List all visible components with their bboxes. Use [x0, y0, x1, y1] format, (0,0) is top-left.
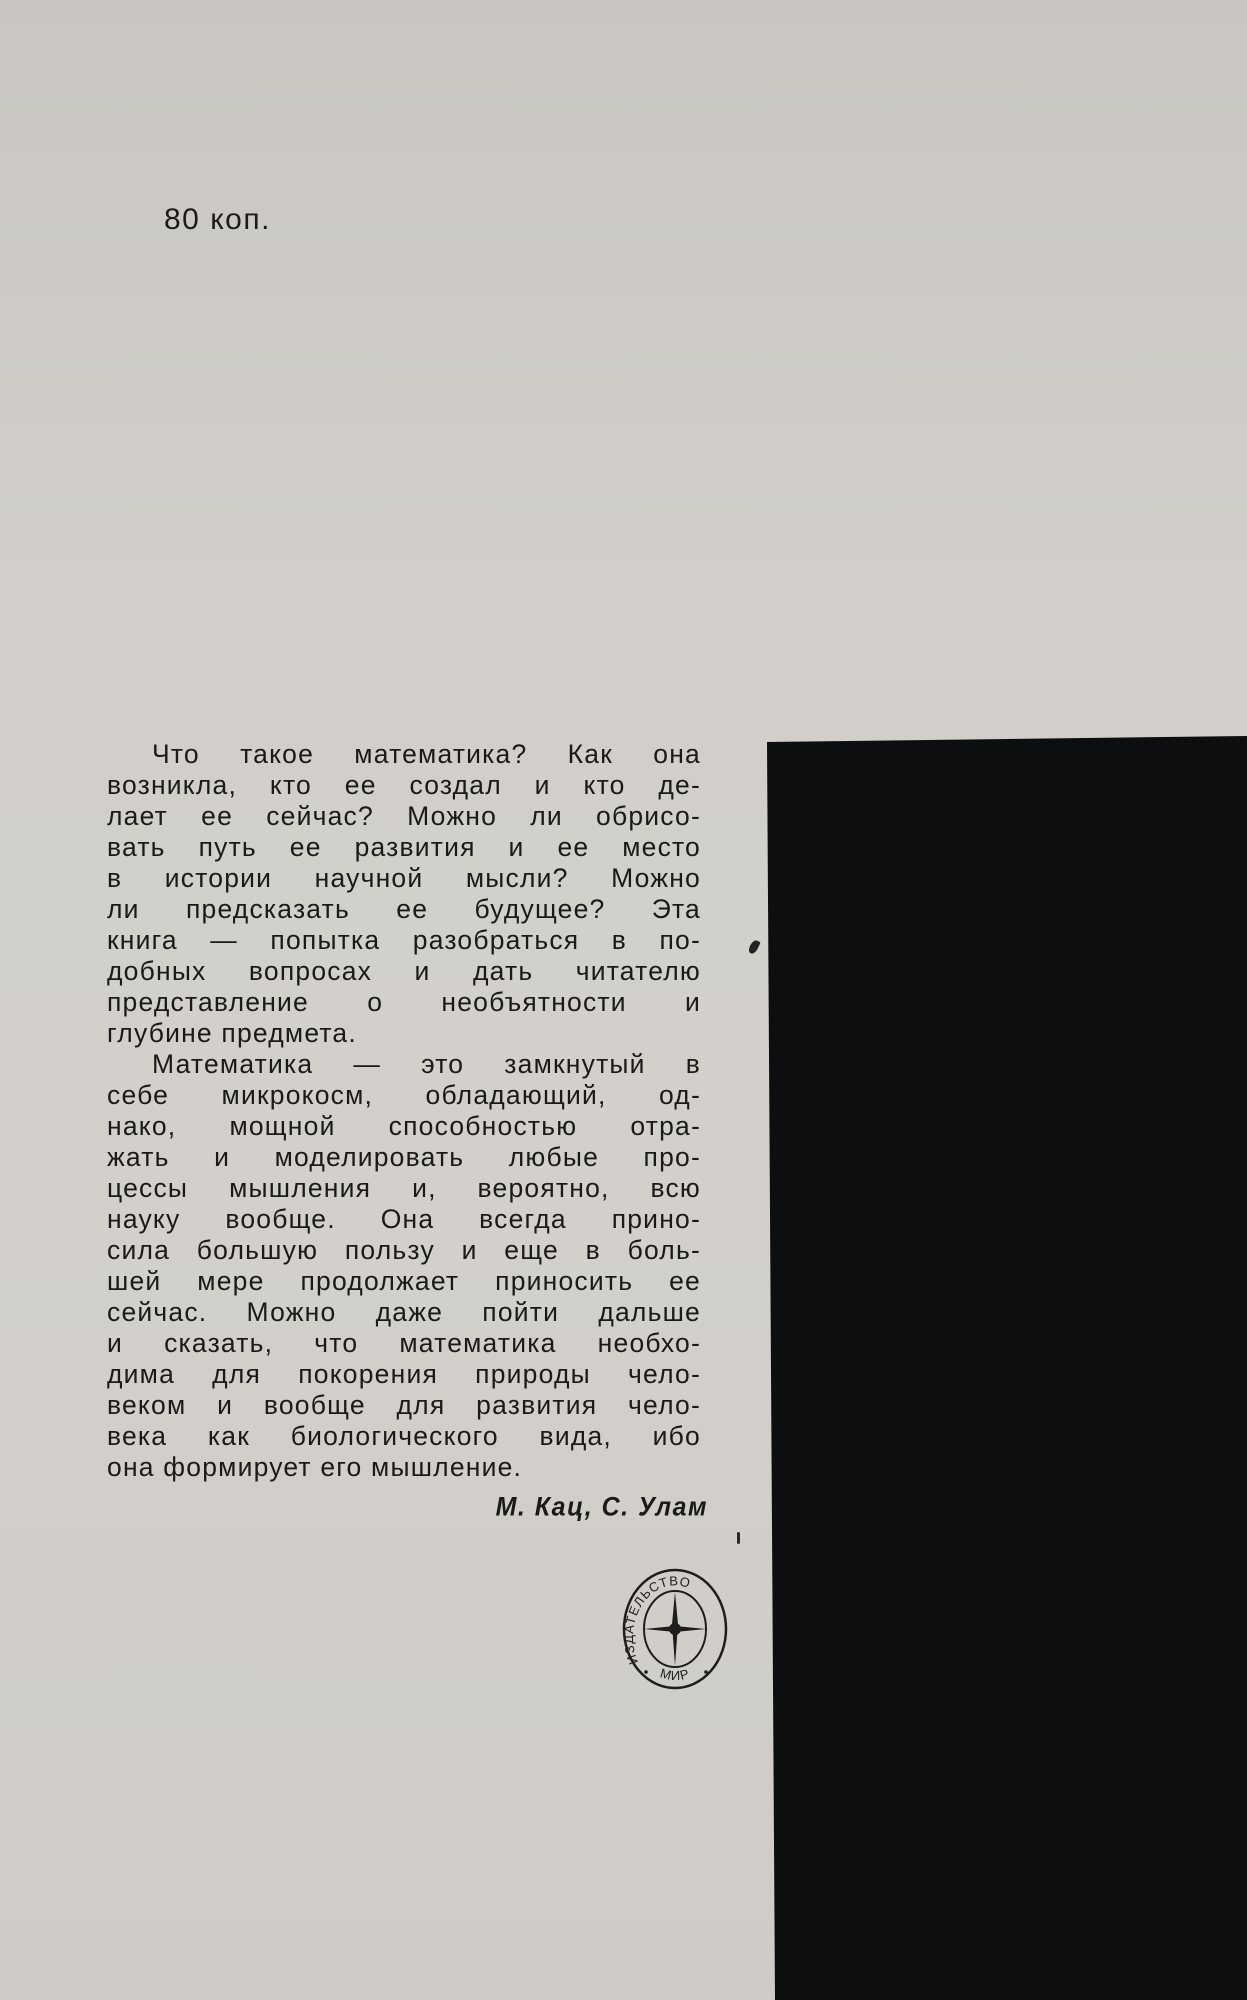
svg-text:ИЗДАТЕЛЬСТВО: ИЗДАТЕЛЬСТВО	[621, 1573, 693, 1666]
text-line: жать и моделировать любые про-	[107, 1142, 701, 1173]
svg-text:МИР: МИР	[659, 1665, 692, 1683]
text-line: шей мере продолжает приносить ее	[107, 1266, 701, 1297]
text-line: лает ее сейчас? Можно ли обрисо-	[107, 801, 701, 832]
text-line: она формирует его мышление.	[107, 1452, 701, 1483]
text-line: науку вообще. Она всегда прино-	[107, 1204, 701, 1235]
text-line: представление о необъятности и	[107, 987, 701, 1018]
text-line: сейчас. Можно даже пойти дальше	[107, 1297, 701, 1328]
text-line: книга — попытка разобраться в по-	[107, 925, 701, 956]
print-mark-tick	[737, 1532, 740, 1544]
price-label: 80 коп.	[164, 203, 271, 237]
text-line: вать путь ее развития и ее место	[107, 832, 701, 863]
text-line: века как биологического вида, ибо	[107, 1421, 701, 1452]
black-cover-block	[767, 736, 1247, 2000]
paragraph-2: Математика — это замкнутый в себе микрок…	[107, 1049, 701, 1483]
text-line: Что такое математика? Как она	[107, 739, 701, 770]
authors-signature: М. Кац, С. Улам	[470, 1492, 708, 1523]
text-line: Математика — это замкнутый в	[107, 1049, 701, 1080]
text-line: дима для покорения природы чело-	[107, 1359, 701, 1390]
text-line: добных вопросах и дать читателю	[107, 956, 701, 987]
text-line: сила большую пользу и еще в боль-	[107, 1235, 701, 1266]
text-line: в истории научной мысли? Можно	[107, 863, 701, 894]
print-mark	[747, 939, 760, 955]
text-line: возникла, кто ее создал и кто де-	[107, 770, 701, 801]
text-line: глубине предмета.	[107, 1018, 701, 1049]
text-line: нако, мощной способностью отра-	[107, 1111, 701, 1142]
paragraph-1: Что такое математика? Как она возникла, …	[107, 739, 701, 1049]
publisher-logo: ИЗДАТЕЛЬСТВО МИР	[620, 1566, 730, 1692]
text-line: ли предсказать ее будущее? Эта	[107, 894, 701, 925]
compass-star-icon: ИЗДАТЕЛЬСТВО МИР	[620, 1566, 730, 1692]
text-line: веком и вообще для развития чело-	[107, 1390, 701, 1421]
blurb-text: Что такое математика? Как она возникла, …	[107, 739, 701, 1483]
text-line: цессы мышления и, вероятно, всю	[107, 1173, 701, 1204]
text-line: себе микрокосм, обладающий, од-	[107, 1080, 701, 1111]
text-line: и сказать, что математика необхо-	[107, 1328, 701, 1359]
